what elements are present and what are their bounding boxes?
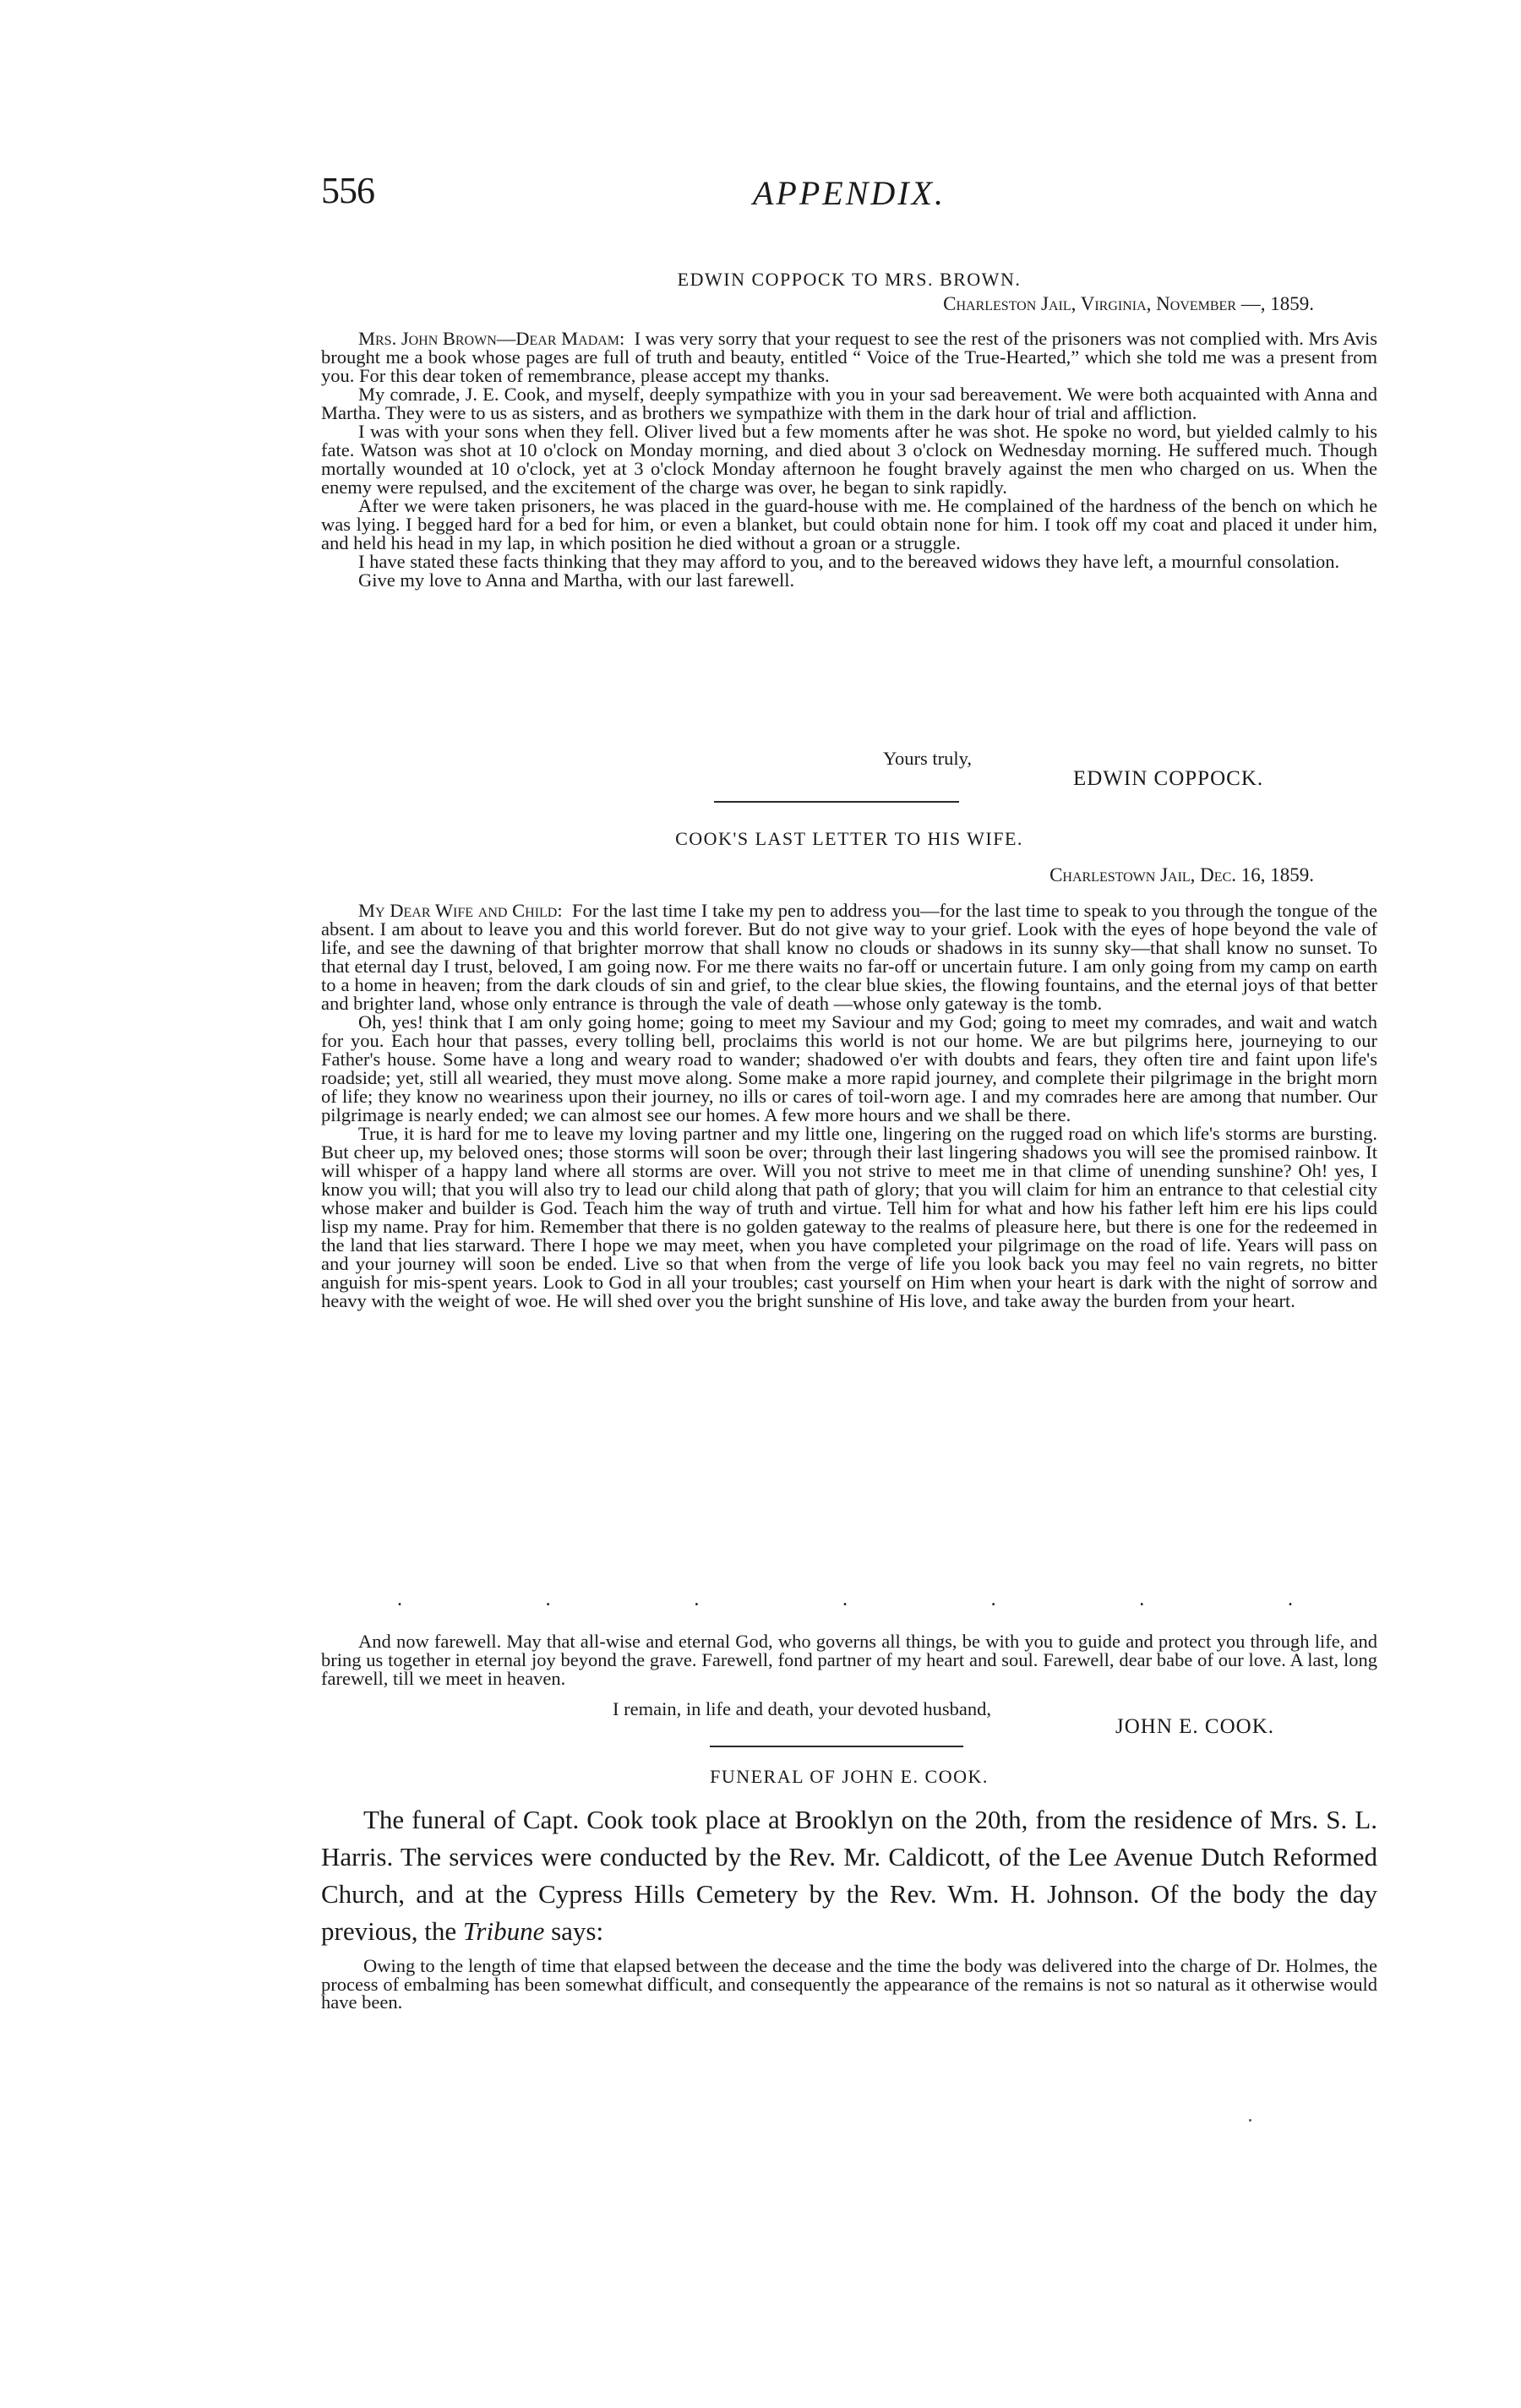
newspaper-title: Tribune	[463, 1916, 544, 1946]
closing-cook: I remain, in life and death, your devote…	[613, 1698, 991, 1720]
ellipsis-dot: .	[1139, 1588, 1144, 1611]
paragraph: After we were taken prisoners, he was pl…	[321, 497, 1377, 553]
paragraph: My Dear Wife and Child: For the last tim…	[321, 902, 1377, 1013]
letter-body-cook: My Dear Wife and Child: For the last tim…	[321, 902, 1377, 1310]
section-heading-funeral: FUNERAL OF JOHN E. COOK.	[321, 1766, 1377, 1788]
signature-coppock: EDWIN COPPOCK.	[1073, 767, 1263, 791]
section-heading-coppock-letter: EDWIN COPPOCK TO MRS. BROWN.	[321, 269, 1377, 291]
paragraph: Mrs. John Brown—Dear Madam: I was very s…	[321, 330, 1377, 385]
letter-body-coppock: Mrs. John Brown—Dear Madam: I was very s…	[321, 330, 1377, 590]
paragraph: I was with your sons when they fell. Oli…	[321, 422, 1377, 497]
farewell-paragraph: And now farewell. May that all-wise and …	[321, 1632, 1377, 1688]
ellipsis-dot: .	[397, 1588, 402, 1611]
section-divider	[714, 801, 959, 803]
ellipsis-dot: .	[546, 1588, 551, 1611]
ellipsis-dot: .	[694, 1588, 699, 1611]
paragraph: Oh, yes! think that I am only going home…	[321, 1013, 1377, 1125]
section-heading-cook-letter: COOK'S LAST LETTER TO HIS WIFE.	[321, 828, 1377, 850]
paragraph: True, it is hard for me to leave my lovi…	[321, 1125, 1377, 1310]
paragraph: My comrade, J. E. Cook, and myself, deep…	[321, 385, 1377, 422]
ellipsis-row: . . . . . . .	[397, 1588, 1293, 1611]
running-head: APPENDIX.	[321, 173, 1377, 213]
dateline-cook-letter: Charlestown Jail, Dec. 16, 1859.	[1049, 864, 1314, 886]
closing-coppock: Yours truly,	[883, 748, 972, 770]
tribune-quote: Owing to the length of time that elapsed…	[321, 1957, 1377, 2012]
signature-cook: JOHN E. COOK.	[1115, 1715, 1274, 1739]
ellipsis-dot: .	[1288, 1588, 1293, 1611]
ellipsis-dot: .	[991, 1588, 996, 1611]
funeral-paragraph: The funeral of Capt. Cook took place at …	[321, 1801, 1377, 1950]
print-speck	[1249, 2119, 1251, 2122]
dateline-coppock-letter: Charleston Jail, Virginia, November —, 1…	[943, 293, 1314, 315]
ellipsis-dot: .	[842, 1588, 848, 1611]
section-divider	[710, 1746, 963, 1747]
paragraph: Give my love to Anna and Martha, with ou…	[321, 571, 1377, 590]
book-page: 556 APPENDIX. EDWIN COPPOCK TO MRS. BROW…	[0, 0, 1521, 2408]
paragraph: I have stated these facts thinking that …	[321, 553, 1377, 571]
